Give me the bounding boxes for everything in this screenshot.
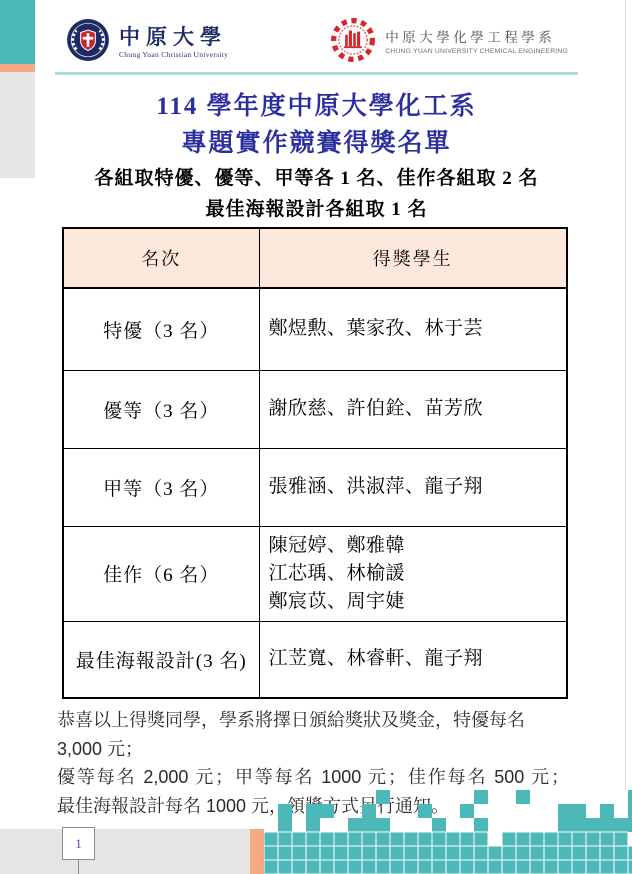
page-title-line1: 114 學年度中原大學化工系 bbox=[55, 86, 578, 122]
page-number: 1 bbox=[75, 836, 82, 852]
university-name-zh: 中原大學 bbox=[119, 25, 228, 49]
department-logo-icon bbox=[330, 17, 376, 68]
footer-salmon-strip bbox=[250, 829, 264, 874]
department-name-zh: 中原大學化學工程學系 bbox=[385, 29, 568, 46]
students-line: 江芯瑀、林榆諼 bbox=[269, 560, 567, 588]
page-title-line2: 專題實作競賽得獎名單 bbox=[55, 123, 578, 159]
students-line: 陳冠婷、鄭雅韓 bbox=[269, 532, 567, 560]
table-row: 優等（3 名） 謝欣慈、許伯銓、苗芳欣 bbox=[63, 370, 567, 448]
rank-cell: 優等（3 名） bbox=[63, 370, 259, 448]
mosaic-pattern bbox=[264, 790, 632, 874]
department-name-en: CHUNG YUAN UNIVERSITY CHEMICAL ENGINEERI… bbox=[385, 48, 568, 55]
note-line1: 恭喜以上得獎同學，學系將擇日頒給獎狀及獎金，特優每名 3,000 元； bbox=[57, 706, 569, 763]
award-table: 名次 得獎學生 特優（3 名） 鄭煜勲、葉家孜、林于芸 優等（3 名） 謝欣慈、… bbox=[62, 227, 568, 699]
table-row: 最佳海報設計(3 名) 江苙寬、林睿軒、龍子翔 bbox=[63, 621, 567, 698]
footer-gray-strip bbox=[0, 829, 250, 874]
gray-corner-block bbox=[0, 72, 35, 178]
students-cell: 謝欣慈、許伯銓、苗芳欣 bbox=[259, 370, 567, 448]
page-number-box: 1 bbox=[62, 827, 95, 860]
department-logo-group: 中原大學化學工程學系 CHUNG YUAN UNIVERSITY CHEMICA… bbox=[330, 17, 568, 68]
page-edge-line bbox=[625, 0, 626, 790]
page-number-line bbox=[78, 860, 79, 874]
column-header-students: 得獎學生 bbox=[259, 228, 567, 288]
university-logo-group: 中原大學 Chung Yuan Christian University bbox=[66, 18, 228, 67]
subtitle-line2: 最佳海報設計各組取 1 名 bbox=[40, 194, 593, 221]
students-cell: 張雅涵、洪淑萍、龍子翔 bbox=[259, 448, 567, 526]
salmon-corner-strip bbox=[0, 64, 35, 72]
rank-cell: 特優（3 名） bbox=[63, 288, 259, 370]
university-logo-icon bbox=[66, 18, 110, 67]
rank-cell: 最佳海報設計(3 名) bbox=[63, 621, 259, 698]
table-row: 特優（3 名） 鄭煜勲、葉家孜、林于芸 bbox=[63, 288, 567, 370]
rank-cell: 甲等（3 名） bbox=[63, 448, 259, 526]
students-cell: 陳冠婷、鄭雅韓 江芯瑀、林榆諼 鄭宸苡、周宇婕 bbox=[259, 526, 567, 621]
teal-corner-block bbox=[0, 0, 35, 64]
students-cell: 江苙寬、林睿軒、龍子翔 bbox=[259, 621, 567, 698]
column-header-rank: 名次 bbox=[63, 228, 259, 288]
students-cell: 鄭煜勲、葉家孜、林于芸 bbox=[259, 288, 567, 370]
students-line: 鄭宸苡、周宇婕 bbox=[269, 588, 567, 616]
header-divider-line bbox=[55, 72, 578, 75]
table-header-row: 名次 得獎學生 bbox=[63, 228, 567, 288]
document-header: 中原大學 Chung Yuan Christian University 中原大… bbox=[66, 15, 568, 69]
rank-cell: 佳作（6 名） bbox=[63, 526, 259, 621]
university-name-en: Chung Yuan Christian University bbox=[119, 50, 228, 59]
table-row: 甲等（3 名） 張雅涵、洪淑萍、龍子翔 bbox=[63, 448, 567, 526]
note-line2: 優等每名 2,000 元；甲等每名 1000 元；佳作每名 500 元； bbox=[57, 763, 569, 792]
table-row: 佳作（6 名） 陳冠婷、鄭雅韓 江芯瑀、林榆諼 鄭宸苡、周宇婕 bbox=[63, 526, 567, 621]
subtitle-line1: 各組取特優、優等、甲等各 1 名、佳作各組取 2 名 bbox=[40, 163, 593, 190]
